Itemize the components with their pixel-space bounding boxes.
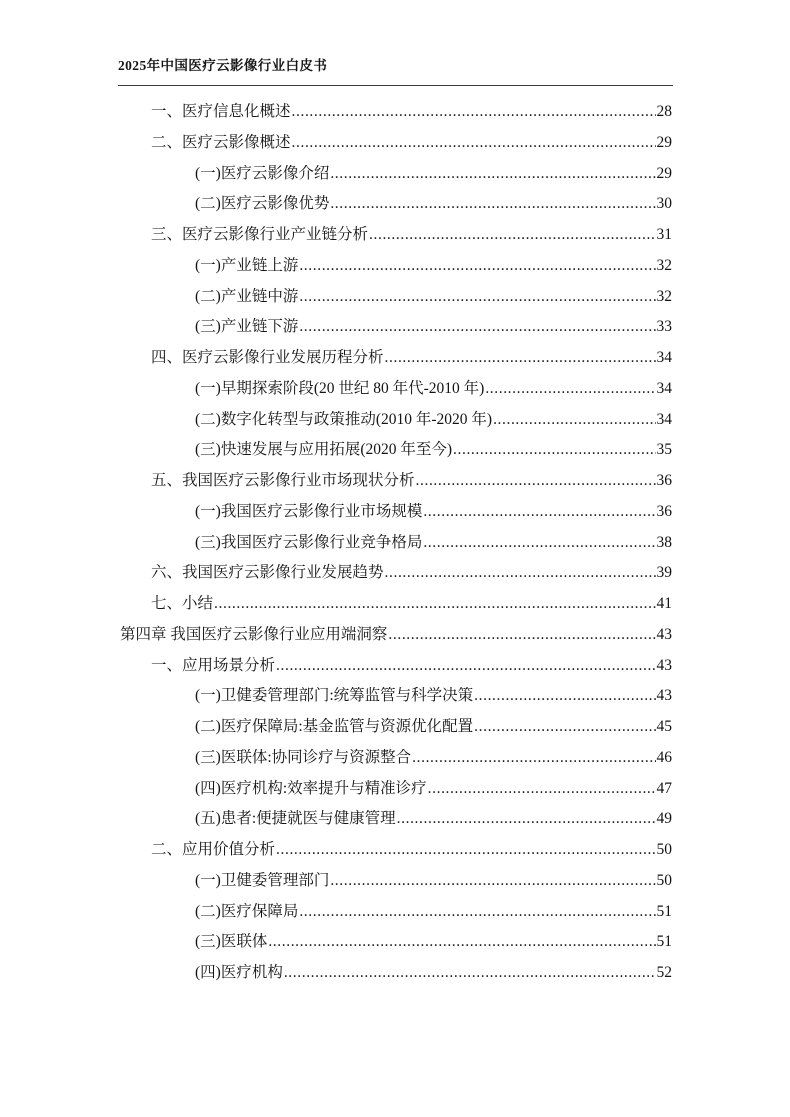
toc-entry-page: 36	[657, 466, 673, 497]
toc-entry-page: 39	[657, 558, 673, 589]
toc-entry-title: (二)医疗云影像优势	[195, 189, 329, 220]
toc-entry-title: 第四章 我国医疗云影像行业应用端洞察	[120, 620, 387, 651]
toc-entry[interactable]: 一、医疗信息化概述 ..............................…	[151, 97, 672, 128]
toc-entry-title: 六、我国医疗云影像行业发展趋势	[151, 558, 384, 589]
toc-entry-title: (一)产业链上游	[195, 251, 298, 282]
toc-entry-page: 50	[657, 866, 673, 897]
toc-entry[interactable]: 七、小结 ...................................…	[151, 589, 672, 620]
toc-entry[interactable]: (三)产业链下游 ...............................…	[195, 312, 672, 343]
toc-entry[interactable]: (五)患者:便捷就医与健康管理 ........................…	[195, 804, 672, 835]
toc-leader-dots: ........................................…	[214, 589, 655, 620]
toc-entry[interactable]: 第四章 我国医疗云影像行业应用端洞察 .....................…	[120, 620, 672, 651]
toc-entry-title: 二、应用价值分析	[151, 835, 275, 866]
toc-entry-page: 52	[657, 958, 673, 989]
toc-entry-page: 50	[657, 835, 673, 866]
toc-entry-title: (二)数字化转型与政策推动(2010 年-2020 年)	[195, 405, 492, 436]
toc-entry-title: (四)医疗机构	[195, 958, 283, 989]
toc-entry-page: 34	[657, 405, 673, 436]
toc-leader-dots: ........................................…	[276, 651, 655, 682]
toc-list: 一、医疗信息化概述 ..............................…	[118, 97, 672, 989]
toc-entry-title: (三)产业链下游	[195, 312, 298, 343]
toc-entry[interactable]: (一)早期探索阶段(20 世纪 80 年代-2010 年) ..........…	[195, 374, 672, 405]
toc-entry-page: 41	[657, 589, 673, 620]
toc-entry[interactable]: (一)医疗云影像介绍 .............................…	[195, 159, 672, 190]
toc-entry[interactable]: 一、应用场景分析 ...............................…	[151, 651, 672, 682]
toc-entry-title: (三)医联体	[195, 927, 267, 958]
toc-entry-title: (一)医疗云影像介绍	[195, 159, 329, 190]
toc-entry-page: 34	[657, 343, 673, 374]
toc-leader-dots: ........................................…	[284, 958, 656, 989]
toc-entry[interactable]: (四)医疗机构:效率提升与精准诊疗 ......................…	[195, 774, 672, 805]
toc-entry-page: 31	[657, 220, 673, 251]
toc-entry-title: (二)医疗保障局:基金监管与资源优化配置	[195, 712, 473, 743]
toc-entry-page: 33	[657, 312, 673, 343]
toc-leader-dots: ........................................…	[299, 251, 655, 282]
toc-entry[interactable]: (三)快速发展与应用拓展(2020 年至今) .................…	[195, 435, 672, 466]
toc-entry-page: 47	[657, 774, 673, 805]
toc-leader-dots: ........................................…	[485, 374, 655, 405]
toc-entry[interactable]: (四)医疗机构 ................................…	[195, 958, 672, 989]
toc-entry-page: 45	[657, 712, 673, 743]
toc-entry[interactable]: (一)我国医疗云影像行业市场规模 .......................…	[195, 497, 672, 528]
toc-leader-dots: ........................................…	[474, 712, 655, 743]
toc-entry-page: 29	[657, 128, 673, 159]
toc-entry-title: (三)医联体:协同诊疗与资源整合	[195, 743, 411, 774]
toc-leader-dots: ........................................…	[330, 866, 655, 897]
toc-entry[interactable]: 三、医疗云影像行业产业链分析 .........................…	[151, 220, 672, 251]
toc-leader-dots: ........................................…	[416, 466, 656, 497]
toc-entry[interactable]: (一)卫健委管理部门:统筹监管与科学决策 ...................…	[195, 681, 672, 712]
toc-entry-title: (二)医疗保障局	[195, 897, 298, 928]
toc-entry[interactable]: (二)医疗保障局:基金监管与资源优化配置 ...................…	[195, 712, 672, 743]
toc-leader-dots: ........................................…	[474, 681, 655, 712]
toc-entry-page: 32	[657, 282, 673, 313]
toc-leader-dots: ........................................…	[397, 804, 656, 835]
toc-entry-title: 二、医疗云影像概述	[151, 128, 291, 159]
toc-entry-page: 43	[657, 651, 673, 682]
toc-entry[interactable]: 五、我国医疗云影像行业市场现状分析 ......................…	[151, 466, 672, 497]
toc-leader-dots: ........................................…	[412, 743, 655, 774]
toc-entry-page: 36	[657, 497, 673, 528]
toc-entry-title: 一、医疗信息化概述	[151, 97, 291, 128]
toc-entry[interactable]: (一)产业链上游 ...............................…	[195, 251, 672, 282]
page-header: 2025年中国医疗云影像行业白皮书	[118, 54, 673, 86]
toc-leader-dots: ........................................…	[292, 97, 656, 128]
toc-leader-dots: ........................................…	[428, 774, 656, 805]
toc-entry-page: 51	[657, 927, 673, 958]
toc-entry[interactable]: 六、我国医疗云影像行业发展趋势 ........................…	[151, 558, 672, 589]
toc-entry-title: (一)早期探索阶段(20 世纪 80 年代-2010 年)	[195, 374, 484, 405]
toc-entry[interactable]: 四、医疗云影像行业发展历程分析 ........................…	[151, 343, 672, 374]
toc-entry-page: 49	[657, 804, 673, 835]
toc-leader-dots: ........................................…	[369, 220, 655, 251]
toc-entry-title: (一)卫健委管理部门	[195, 866, 329, 897]
page-header-title: 2025年中国医疗云影像行业白皮书	[118, 58, 327, 73]
toc-entry-page: 51	[657, 897, 673, 928]
toc-entry-title: (三)我国医疗云影像行业竞争格局	[195, 528, 422, 559]
toc-leader-dots: ........................................…	[453, 435, 655, 466]
toc-entry-title: 一、应用场景分析	[151, 651, 275, 682]
toc-entry[interactable]: (二)医疗云影像优势 .............................…	[195, 189, 672, 220]
toc-leader-dots: ........................................…	[268, 927, 655, 958]
toc-entry-title: (四)医疗机构:效率提升与精准诊疗	[195, 774, 427, 805]
toc-entry[interactable]: (三)我国医疗云影像行业竞争格局 .......................…	[195, 528, 672, 559]
toc-leader-dots: ........................................…	[385, 558, 656, 589]
toc-entry-title: (五)患者:便捷就医与健康管理	[195, 804, 396, 835]
toc-entry[interactable]: (三)医联体 .................................…	[195, 927, 672, 958]
toc-entry-title: (一)我国医疗云影像行业市场规模	[195, 497, 422, 528]
toc-leader-dots: ........................................…	[276, 835, 655, 866]
toc-entry-page: 34	[657, 374, 673, 405]
toc-entry-title: (二)产业链中游	[195, 282, 298, 313]
toc-entry-page: 43	[657, 681, 673, 712]
toc-entry[interactable]: (三)医联体:协同诊疗与资源整合 .......................…	[195, 743, 672, 774]
document-page: 2025年中国医疗云影像行业白皮书 一、医疗信息化概述 ............…	[0, 0, 790, 1117]
toc-entry[interactable]: (二)医疗保障局 ...............................…	[195, 897, 672, 928]
toc-entry-title: (三)快速发展与应用拓展(2020 年至今)	[195, 435, 452, 466]
toc-entry[interactable]: (二)数字化转型与政策推动(2010 年-2020 年) ...........…	[195, 405, 672, 436]
toc-entry-title: 三、医疗云影像行业产业链分析	[151, 220, 368, 251]
toc-entry[interactable]: (二)产业链中游 ...............................…	[195, 282, 672, 313]
toc-entry-page: 46	[657, 743, 673, 774]
toc-entry-page: 35	[657, 435, 673, 466]
toc-entry-page: 28	[657, 97, 673, 128]
toc-entry[interactable]: (一)卫健委管理部门 .............................…	[195, 866, 672, 897]
toc-entry-title: 四、医疗云影像行业发展历程分析	[151, 343, 384, 374]
toc-entry-title: (一)卫健委管理部门:统筹监管与科学决策	[195, 681, 473, 712]
toc-entry-page: 43	[657, 620, 673, 651]
toc-leader-dots: ........................................…	[493, 405, 655, 436]
toc-leader-dots: ........................................…	[423, 497, 655, 528]
toc-leader-dots: ........................................…	[299, 312, 655, 343]
toc-leader-dots: ........................................…	[388, 620, 655, 651]
toc-entry[interactable]: 二、应用价值分析 ...............................…	[151, 835, 672, 866]
toc-entry-title: 七、小结	[151, 589, 213, 620]
toc-entry-page: 30	[657, 189, 673, 220]
toc-leader-dots: ........................................…	[385, 343, 656, 374]
toc-leader-dots: ........................................…	[299, 282, 655, 313]
toc-entry-title: 五、我国医疗云影像行业市场现状分析	[151, 466, 415, 497]
toc-leader-dots: ........................................…	[423, 528, 655, 559]
toc-leader-dots: ........................................…	[292, 128, 656, 159]
toc-leader-dots: ........................................…	[299, 897, 655, 928]
toc-entry-page: 29	[657, 159, 673, 190]
toc-leader-dots: ........................................…	[330, 189, 655, 220]
toc-entry[interactable]: 二、医疗云影像概述 ..............................…	[151, 128, 672, 159]
toc-entry-page: 32	[657, 251, 673, 282]
toc-entry-page: 38	[657, 528, 673, 559]
toc-leader-dots: ........................................…	[330, 159, 655, 190]
